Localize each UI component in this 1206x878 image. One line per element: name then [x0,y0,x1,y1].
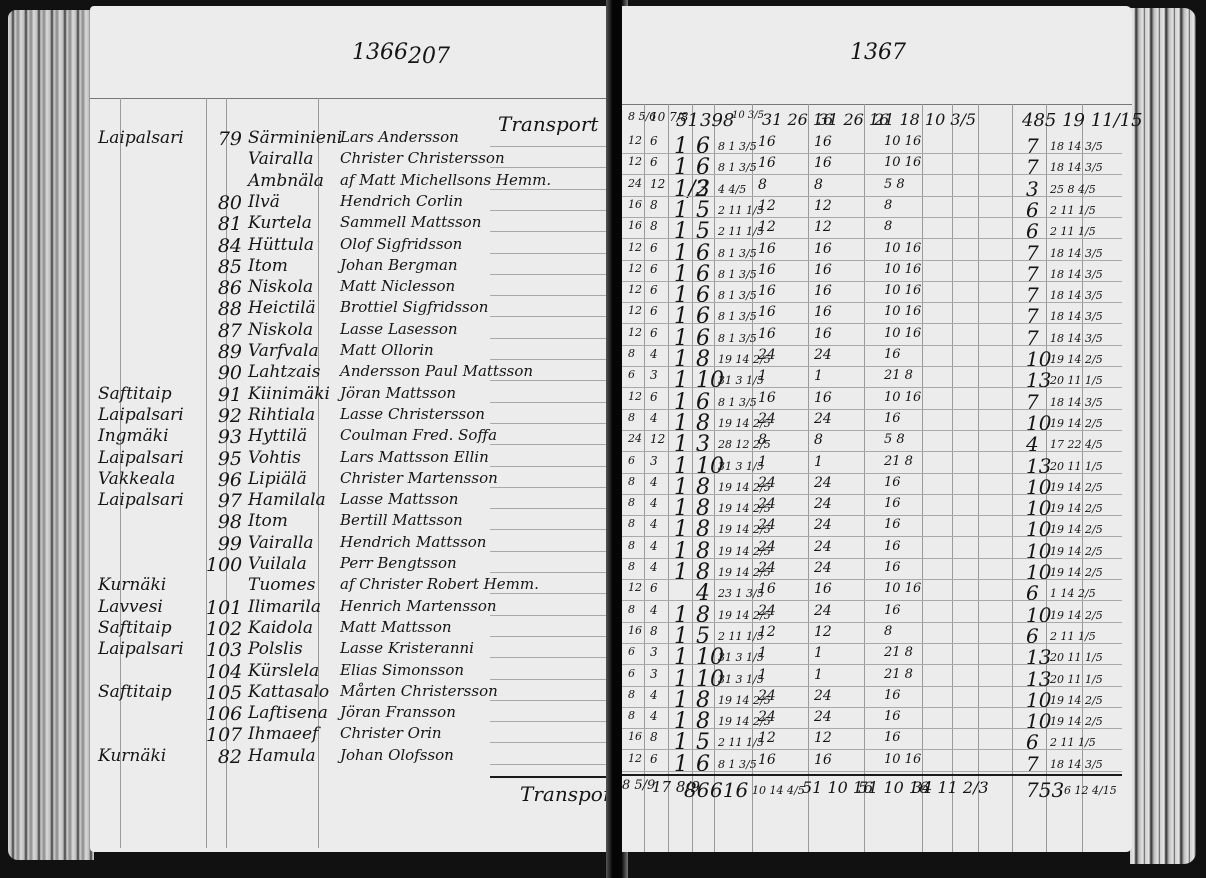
cell-g: 16 [814,134,832,150]
cell-f: 24 [758,603,776,619]
entry-number: 106 [206,703,242,725]
cell-b: 4 [650,411,658,425]
entry-name: Mårten Christersson [340,682,600,700]
row-rule [622,749,1122,750]
cell-f: 1 [758,645,767,661]
table-row: 168152 11 1/51212862 11 1/5 [622,624,1132,646]
carried-forward-row: 8 5/6 10 7/8 51 398 10 3/5 31 26 16 31 2… [622,110,1132,132]
row-rule [622,664,1122,665]
list-item: Laipalsari97HamilalaLasse Mattsson [90,490,610,512]
row-rule [490,167,610,168]
row-rule [490,615,610,616]
entry-name: Johan Olofsson [340,746,600,764]
cell-h: 5 8 [884,177,905,192]
cell-e: 8 1 3/5 [718,332,757,345]
cell-a: 12 [628,241,642,254]
cell-b: 12 [650,432,665,446]
cell-b: 6 [650,283,658,297]
cell-h: 16 [884,496,901,511]
entry-number: 91 [206,384,242,406]
entry-parish: Lavvesi [98,597,208,617]
table-row: 126423 1 3/5161610 1661 14 2/5 [622,581,1132,603]
row-rule [622,409,1122,410]
total-c: 86 [684,778,709,802]
entry-farm: Vohtis [248,448,338,468]
row-rule [490,253,610,254]
list-item: 107IhmaeefChrister Orin [90,724,610,746]
entry-name: Lasse Christersson [340,405,600,423]
cell-total_sub: 19 14 2/5 [1050,694,1103,707]
total-e: 10 14 4/5 [752,784,805,797]
table-row: 24121328 12 2/5885 8417 22 4/5 [622,432,1132,454]
row-rule [622,558,1122,559]
cell-f: 12 [758,730,776,746]
list-item: Kurnäki82HamulaJohan Olofsson [90,746,610,768]
cell-f: 24 [758,475,776,491]
cell-a: 8 [628,496,635,509]
cell-total_sub: 19 14 2/5 [1050,715,1103,728]
cell-g: 1 [814,645,823,661]
table-row: 168152 11 1/51212862 11 1/5 [622,219,1132,241]
cell-f: 24 [758,496,776,512]
cell-e: 31 3 1/5 [718,374,764,387]
entry-name: Christer Martensson [340,469,600,487]
entry-farm: Hamilala [248,490,338,510]
row-rule [490,551,610,552]
entry-farm: Ilimarila [248,597,338,617]
entry-farm: Särminieni [248,128,338,148]
cell-a: 12 [628,262,642,275]
entry-farm: Polslis [248,639,338,659]
row-rule [622,260,1122,261]
row-rule [490,295,610,296]
cell-a: 24 [628,177,642,190]
cell-total: 7 [1026,752,1039,776]
table-row: 841819 14 2/52424161019 14 2/5 [622,517,1132,539]
row-rule [490,338,610,339]
cell-b: 8 [650,624,658,638]
list-item: Lavvesi101IlimarilaHenrich Martensson [90,597,610,619]
cell-g: 16 [814,326,832,342]
list-item: VairallaChrister Christersson [90,149,610,171]
row-rule [490,423,610,424]
row-rule [490,529,610,530]
cell-g: 24 [814,475,832,491]
cell-a: 12 [628,752,642,765]
entry-number: 79 [206,128,242,150]
entry-number: 100 [206,554,242,576]
entry-number: 92 [206,405,242,427]
cell-f: 24 [758,517,776,533]
cell-a: 8 [628,539,635,552]
cell-f: 16 [758,304,776,320]
cell-b: 3 [650,454,658,468]
row-rule [490,657,610,658]
cell-g: 1 [814,454,823,470]
cell-f: 8 [758,177,767,193]
cell-g: 16 [814,155,832,171]
entry-farm: Kürslela [248,661,338,681]
entry-name: Johan Bergman [340,256,600,274]
cell-d: 6 [696,752,710,777]
entry-farm: Kiinimäki [248,384,338,404]
cell-f: 24 [758,347,776,363]
cell-e: 8 1 3/5 [718,140,757,153]
cell-b: 6 [650,326,658,340]
row-rule [622,622,1122,623]
cell-h: 8 [884,198,892,213]
cell-e: 31 3 1/5 [718,460,764,473]
table-row: 841819 14 2/52424161019 14 2/5 [622,496,1132,518]
cell-h: 8 [884,624,892,639]
row-rule [622,238,1122,239]
list-item: 104KürslelaElias Simonsson [90,661,610,683]
cell-g: 12 [814,730,832,746]
row-rule [490,679,610,680]
table-row: 841819 14 2/52424161019 14 2/5 [622,411,1132,433]
cell-e: 8 1 3/5 [718,758,757,771]
entry-farm: Lipiälä [248,469,338,489]
cell-b: 3 [650,368,658,382]
cell-e: 4 4/5 [718,183,746,196]
cell-e: 8 1 3/5 [718,289,757,302]
cell-g: 24 [814,603,832,619]
cell-total_sub: 18 14 3/5 [1050,310,1103,323]
cell-g: 24 [814,688,832,704]
cell-e: 31 3 1/5 [718,651,764,664]
entry-name: Elias Simonsson [340,661,600,679]
cell-f: 1 [758,667,767,683]
list-item: 88HeictiläBrottiel Sigfridsson [90,298,610,320]
cell-a: 8 [628,411,635,424]
cell-b: 4 [650,496,658,510]
ledger-book-spread: 1366 207 Transport Laipalsari79Särminien… [0,0,1206,878]
row-rule [490,402,610,403]
entry-farm: Kurtela [248,213,338,233]
row-rule [622,473,1122,474]
cell-b: 4 [650,475,658,489]
cell-e: 8 1 3/5 [718,247,757,260]
row-rule [490,189,610,190]
cell-total_sub: 20 11 1/5 [1050,651,1103,664]
cell-g: 12 [814,219,832,235]
cell-h: 10 16 [884,390,921,405]
cell-b: 4 [650,603,658,617]
cell-f: 16 [758,262,776,278]
cell-g: 1 [814,368,823,384]
row-rule [622,366,1122,367]
row-rule [490,487,610,488]
list-item: 89VarfvalaMatt Ollorin [90,341,610,363]
entry-name: Coulman Fred. Soffa [340,426,600,444]
cell-a: 16 [628,219,642,232]
entry-farm: Tuomes [248,575,338,595]
cell-g: 24 [814,709,832,725]
cell-a: 16 [628,198,642,211]
cell-g: 24 [814,560,832,576]
entry-farm: Vairalla [248,533,338,553]
cell-a: 8 [628,688,635,701]
cell-a: 8 [628,347,635,360]
cell-total_sub: 18 14 3/5 [1050,332,1103,345]
cell-f: 16 [758,581,776,597]
entry-farm: Heictilä [248,298,338,318]
cell-b: 4 [650,517,658,531]
cell-b: 6 [650,155,658,169]
cell-total_sub: 20 11 1/5 [1050,673,1103,686]
entry-name: Matt Ollorin [340,341,600,359]
entry-number: 96 [206,469,242,491]
cell-total_sub: 19 14 2/5 [1050,545,1103,558]
book-page-edges-right [1130,8,1196,864]
carried-c: 51 [676,110,699,131]
list-item: 100VuilalaPerr Bengtsson [90,554,610,576]
cell-total_sub: 2 11 1/5 [1050,225,1096,238]
cell-a: 6 [628,645,635,658]
cell-e: 2 11 1/5 [718,204,764,217]
entry-farm: Itom [248,256,338,276]
entry-number: 104 [206,661,242,683]
cell-h: 10 16 [884,752,921,767]
table-row: 841819 14 2/52424161019 14 2/5 [622,560,1132,582]
folio-number: 207 [408,44,450,69]
table-row: 6311031 3 1/51121 81320 11 1/5 [622,667,1132,689]
cell-total_sub: 19 14 2/5 [1050,609,1103,622]
cell-f: 12 [758,219,776,235]
header-rule [622,104,1132,105]
cell-b: 8 [650,730,658,744]
total-d: 616 [710,778,748,802]
entry-farm: Varfvala [248,341,338,361]
row-rule [622,728,1122,729]
cell-a: 16 [628,624,642,637]
list-item: 87NiskolaLasse Lasesson [90,320,610,342]
entry-farm: Lahtzais [248,362,338,382]
list-item: 80IlväHendrich Corlin [90,192,610,214]
entry-farm: Niskola [248,320,338,340]
cell-f: 16 [758,752,776,768]
totals-rule [622,774,1122,776]
cell-h: 16 [884,709,901,724]
entry-farm: Vuilala [248,554,338,574]
row-rule [622,345,1122,346]
cell-a: 12 [628,283,642,296]
cell-f: 16 [758,241,776,257]
row-rule [622,707,1122,708]
entry-name: Lars Mattsson Ellin [340,448,600,466]
cell-e: 8 1 3/5 [718,268,757,281]
cell-h: 10 16 [884,283,921,298]
cell-h: 16 [884,603,901,618]
row-rule [490,636,610,637]
cell-h: 16 [884,730,901,745]
cell-h: 10 16 [884,581,921,596]
cell-h: 5 8 [884,432,905,447]
row-rule [490,764,610,765]
cell-h: 16 [884,688,901,703]
cell-f: 12 [758,198,776,214]
list-item: 99VairallaHendrich Mattsson [90,533,610,555]
cell-total_sub: 2 11 1/5 [1050,736,1096,749]
cell-b: 6 [650,241,658,255]
cell-b: 8 [650,219,658,233]
cell-total_sub: 18 14 3/5 [1050,140,1103,153]
cell-a: 12 [628,326,642,339]
cell-total_sub: 18 14 3/5 [1050,396,1103,409]
cell-c: 1 [674,752,688,777]
cell-f: 12 [758,624,776,640]
entry-name: af Christer Robert Hemm. [340,575,600,593]
cell-h: 21 8 [884,667,913,682]
entry-name: Perr Bengtsson [340,554,600,572]
cell-h: 16 [884,411,901,426]
entry-farm: Itom [248,511,338,531]
cell-f: 1 [758,454,767,470]
cell-g: 12 [814,624,832,640]
grand-total-sub: 6 12 4/15 [1064,784,1117,797]
entry-number: 90 [206,362,242,384]
entry-parish: Laipalsari [98,639,208,659]
row-rule [622,771,1122,772]
cell-total_sub: 20 11 1/5 [1050,374,1103,387]
entry-parish: Saftitaip [98,682,208,702]
cell-h: 21 8 [884,645,913,660]
entry-name: Christer Christersson [340,149,600,167]
entry-number: 95 [206,448,242,470]
cell-f: 8 [758,432,767,448]
cell-h: 10 16 [884,304,921,319]
row-rule [622,515,1122,516]
row-rule [622,174,1122,175]
cell-e: 8 1 3/5 [718,396,757,409]
cell-a: 16 [628,730,642,743]
row-rule [622,281,1122,282]
footer-transport-rule [490,776,610,778]
cell-h: 16 [884,475,901,490]
cell-g: 24 [814,517,832,533]
cell-g: 16 [814,581,832,597]
cell-total_sub: 20 11 1/5 [1050,460,1103,473]
table-row: 841819 14 2/52424161019 14 2/5 [622,603,1132,625]
table-row: 841819 14 2/52424161019 14 2/5 [622,539,1132,561]
row-rule [490,274,610,275]
cell-f: 1 [758,368,767,384]
cell-total_sub: 18 14 3/5 [1050,268,1103,281]
entry-number: 85 [206,256,242,278]
row-rule [490,380,610,381]
row-rule [622,430,1122,431]
list-item: Vakkeala96LipiäläChrister Martensson [90,469,610,491]
cell-a: 6 [628,667,635,680]
list-item: Laipalsari79SärminieniLars Andersson [90,128,610,150]
entry-number: 97 [206,490,242,512]
table-row: 168152 11 1/51212862 11 1/5 [622,198,1132,220]
cell-b: 6 [650,134,658,148]
list-item: 85ItomJohan Bergman [90,256,610,278]
row-rule [622,387,1122,388]
table-row: 168152 11 1/512121662 11 1/5 [622,730,1132,752]
cell-total_sub: 18 14 3/5 [1050,161,1103,174]
book-page-edges-left [8,10,94,860]
row-rule [622,302,1122,303]
entry-name: Lasse Lasesson [340,320,600,338]
right-page: 1367 8 5/6 10 7/8 51 398 10 3/5 31 26 16… [622,6,1132,852]
row-rule [490,210,610,211]
cell-g: 8 [814,177,823,193]
cell-g: 16 [814,241,832,257]
carried-h: 21 18 10 3/5 [874,110,976,129]
row-rule [490,572,610,573]
cell-e: 8 1 3/5 [718,161,757,174]
entry-name: Matt Niclesson [340,277,600,295]
entry-number: 103 [206,639,242,661]
entry-number: 99 [206,533,242,555]
cell-total_sub: 19 14 2/5 [1050,481,1103,494]
cell-b: 6 [650,752,658,766]
entry-name: Andersson Paul Mattsson [340,362,600,380]
entry-name: Sammell Mattsson [340,213,600,231]
cell-h: 16 [884,560,901,575]
entry-name: Jöran Fransson [340,703,600,721]
cell-g: 16 [814,283,832,299]
table-row: 126168 1 3/5161610 16718 14 3/5 [622,283,1132,305]
list-item: 81KurtelaSammell Mattsson [90,213,610,235]
row-rule [490,444,610,445]
entry-name: Olof Sigfridsson [340,235,600,253]
entry-farm: Niskola [248,277,338,297]
cell-a: 24 [628,432,642,445]
row-rule [622,196,1122,197]
entry-number: 84 [206,235,242,257]
table-row: 126168 1 3/5161610 16718 14 3/5 [622,752,1132,774]
cell-e: 31 3 1/5 [718,673,764,686]
entry-name: Hendrich Mattsson [340,533,600,551]
entry-farm: Ambnäla [248,171,338,191]
table-row: 126168 1 3/5161610 16718 14 3/5 [622,326,1132,348]
cell-a: 6 [628,368,635,381]
entry-name: Bertill Mattsson [340,511,600,529]
cell-f: 16 [758,326,776,342]
row-rule [622,686,1122,687]
entry-number: 101 [206,597,242,619]
carried-e: 10 3/5 [732,110,764,121]
row-rule [490,721,610,722]
cell-a: 8 [628,560,635,573]
list-item: 106LaftisenaJöran Fransson [90,703,610,725]
list-item: Saftitaip91KiinimäkiJöran Mattsson [90,384,610,406]
cell-f: 16 [758,390,776,406]
list-item: Saftitaip102KaidolaMatt Mattsson [90,618,610,640]
list-item: Saftitaip105KattasaloMårten Christersson [90,682,610,704]
total-h: 34 11 2/3 [912,778,989,797]
cell-b: 4 [650,539,658,553]
list-item: KurnäkiTuomesaf Christer Robert Hemm. [90,575,610,597]
left-page: 1366 207 Transport Laipalsari79Särminien… [90,6,610,852]
cell-e: 23 1 3/5 [718,587,764,600]
total-a: 8 5/9 [622,778,655,793]
table-row: 841819 14 2/52424161019 14 2/5 [622,688,1132,710]
entry-number: 87 [206,320,242,342]
row-rule [622,643,1122,644]
table-row: 24121/234 4/5885 8325 8 4/5 [622,177,1132,199]
entry-parish: Vakkeala [98,469,208,489]
cell-h: 10 16 [884,134,921,149]
list-item: Ambnälaaf Matt Michellsons Hemm. [90,171,610,193]
entry-parish: Laipalsari [98,405,208,425]
cell-total_sub: 18 14 3/5 [1050,289,1103,302]
carried-d: 398 [700,110,734,131]
entry-parish: Saftitaip [98,618,208,638]
